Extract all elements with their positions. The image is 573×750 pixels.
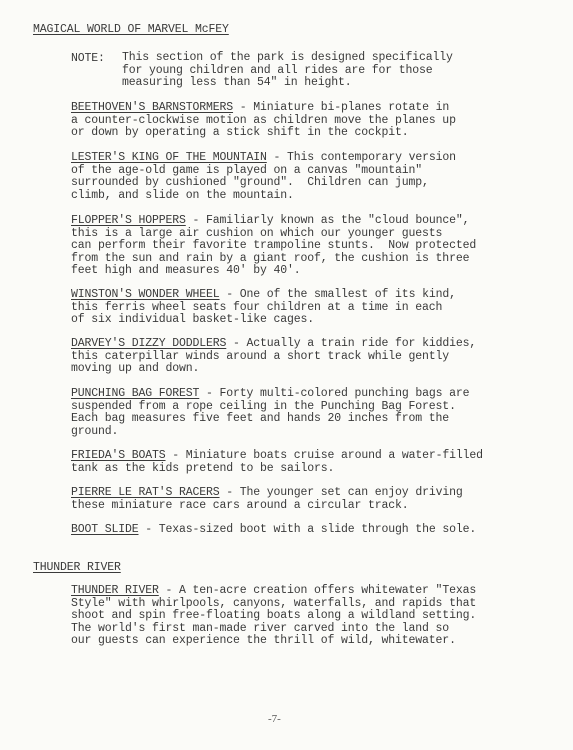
document-page: MAGICAL WORLD OF MARVEL McFEY NOTE: This… [0, 0, 573, 750]
ride-entry: BEETHOVEN'S BARNSTORMERS - Miniature bi-… [71, 102, 561, 140]
ride-entry: DARVEY'S DIZZY DODDLERS - Actually a tra… [71, 338, 561, 376]
ride-entry: LESTER'S KING OF THE MOUNTAIN - This con… [71, 152, 561, 202]
note-label: NOTE: [71, 52, 105, 65]
ride-name: FLOPPER'S HOPPERS [71, 214, 186, 227]
page-number: -7- [268, 713, 281, 725]
ride-entry: FRIEDA'S BOATS - Miniature boats cruise … [71, 450, 561, 475]
ride-entry: THUNDER RIVER - A ten-acre creation offe… [71, 585, 561, 648]
ride-name: PUNCHING BAG FOREST [71, 387, 199, 400]
ride-entry: PUNCHING BAG FOREST - Forty multi-colore… [71, 388, 561, 438]
note-text: This section of the park is designed spe… [122, 52, 453, 90]
section-title-marvel-mcfey: MAGICAL WORLD OF MARVEL McFEY [33, 23, 229, 36]
ride-name: LESTER'S KING OF THE MOUNTAIN [71, 151, 267, 164]
section-title-thunder-river: THUNDER RIVER [33, 561, 121, 574]
ride-name: FRIEDA'S BOATS [71, 449, 166, 462]
ride-entry: PIERRE LE RAT'S RACERS - The younger set… [71, 487, 561, 512]
ride-description: - Texas-sized boot with a slide through … [139, 523, 477, 536]
ride-name: DARVEY'S DIZZY DODDLERS [71, 337, 226, 350]
ride-name: PIERRE LE RAT'S RACERS [71, 486, 220, 499]
ride-name: BEETHOVEN'S BARNSTORMERS [71, 101, 233, 114]
ride-entry: BOOT SLIDE - Texas-sized boot with a sli… [71, 524, 561, 537]
ride-name: THUNDER RIVER [71, 584, 159, 597]
ride-name: BOOT SLIDE [71, 523, 139, 536]
ride-entry: FLOPPER'S HOPPERS - Familiarly known as … [71, 215, 561, 278]
ride-name: WINSTON'S WONDER WHEEL [71, 288, 220, 301]
ride-entry: WINSTON'S WONDER WHEEL - One of the smal… [71, 289, 561, 327]
